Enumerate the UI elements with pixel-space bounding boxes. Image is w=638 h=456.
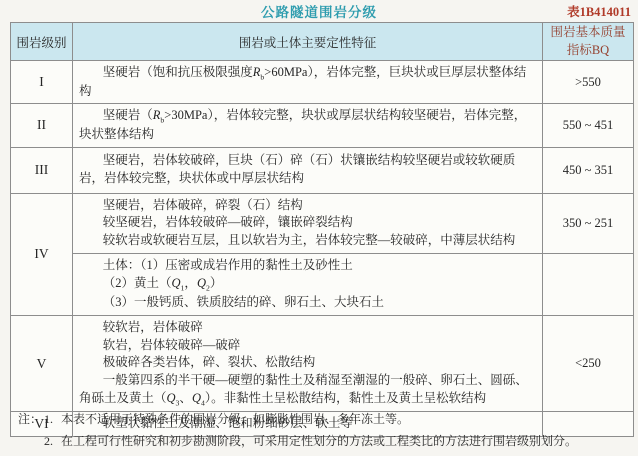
scanned-page: 公路隧道围岩分级 表1B414011 围岩级别 围岩或土体主要定性特征 围岩基本… bbox=[0, 0, 638, 456]
footnotes: 注： 1. 本表不适用于特殊条件的围岩分级，如膨胀性围岩、多年冻土等。 2. 在… bbox=[18, 409, 626, 452]
feature-cell: 较软岩，岩体破碎 软岩，岩体较破碎—破碎 极破碎各类岩体，碎、裂状、松散结构 一… bbox=[73, 315, 543, 412]
table-code-label: 表1B414011 bbox=[567, 2, 631, 20]
grade-cell: III bbox=[11, 147, 73, 193]
feature-paragraph: （2）黄土（Q1，Q2） bbox=[79, 275, 536, 294]
grade-cell: I bbox=[11, 61, 73, 104]
feature-cell: 坚硬岩，岩体较破碎，巨块（石）碎（石）状镶嵌结构较坚硬岩或较软硬质岩，岩体较完整… bbox=[73, 147, 543, 193]
feature-paragraph: 极破碎各类岩体，碎、裂状、松散结构 bbox=[79, 354, 536, 372]
feature-cell: 坚硬岩，岩体破碎，碎裂（石）结构 较坚硬岩，岩体较破碎—破碎，镶嵌碎裂结构 较软… bbox=[73, 193, 543, 253]
bq-cell bbox=[543, 253, 634, 315]
feature-paragraph: 较坚硬岩，岩体较破碎—破碎，镶嵌碎裂结构 bbox=[79, 214, 536, 232]
grade-cell: IV bbox=[11, 193, 73, 315]
table-row-grade-4-soil: 土体：（1）压密或成岩作用的黏性土及砂性土 （2）黄土（Q1，Q2） （3）一般… bbox=[11, 253, 634, 315]
header-grade: 围岩级别 bbox=[11, 23, 73, 61]
header-feature: 围岩或土体主要定性特征 bbox=[73, 23, 543, 61]
table-row-grade-1: I 坚硬岩（饱和抗压极限强度Rb>60MPa），岩体完整，巨块状或巨厚层状整体结… bbox=[11, 61, 634, 104]
table-header-row: 围岩级别 围岩或土体主要定性特征 围岩基本质量 指标BQ bbox=[11, 23, 634, 61]
footnote-number: 1. bbox=[44, 409, 61, 431]
footnote-label: 注： bbox=[18, 409, 44, 431]
footnote-1: 注： 1. 本表不适用于特殊条件的围岩分级，如膨胀性围岩、多年冻土等。 bbox=[18, 409, 626, 431]
bq-cell: >550 bbox=[543, 61, 634, 104]
page-title: 公路隧道围岩分级 bbox=[0, 1, 638, 21]
footnote-label-spacer bbox=[18, 431, 44, 453]
bq-cell: <250 bbox=[543, 315, 634, 412]
feature-paragraph: 坚硬岩（Rb>30MPa），岩体较完整，块状或厚层状结构较坚硬岩，岩体完整，块状… bbox=[79, 107, 536, 143]
bq-cell: 350 ~ 251 bbox=[543, 193, 634, 253]
rock-classification-table: 围岩级别 围岩或土体主要定性特征 围岩基本质量 指标BQ I 坚硬岩（饱和抗压极… bbox=[10, 22, 634, 437]
feature-cell: 坚硬岩（Rb>30MPa），岩体较完整，块状或厚层状结构较坚硬岩，岩体完整，块状… bbox=[73, 104, 543, 147]
feature-paragraph: 软岩，岩体较破碎—破碎 bbox=[79, 337, 536, 355]
feature-paragraph: 坚硬岩，岩体破碎，碎裂（石）结构 bbox=[79, 197, 536, 215]
bq-cell: 550 ~ 451 bbox=[543, 104, 634, 147]
feature-paragraph: 较软岩，岩体破碎 bbox=[79, 319, 536, 337]
bq-cell: 450 ~ 351 bbox=[543, 147, 634, 193]
table-row-grade-3: III 坚硬岩，岩体较破碎，巨块（石）碎（石）状镶嵌结构较坚硬岩或较软硬质岩，岩… bbox=[11, 147, 634, 193]
footnote-text: 本表不适用于特殊条件的围岩分级，如膨胀性围岩、多年冻土等。 bbox=[61, 409, 626, 431]
footnote-text: 在工程可行性研究和初步勘测阶段，可采用定性划分的方法或工程类比的方法进行围岩级别… bbox=[61, 431, 626, 453]
feature-paragraph: 坚硬岩（饱和抗压极限强度Rb>60MPa），岩体完整，巨块状或巨厚层状整体结构 bbox=[79, 64, 536, 100]
grade-cell: V bbox=[11, 315, 73, 412]
feature-paragraph: 一般第四系的半干硬—硬塑的黏性土及稍湿至潮湿的一般碎、卵石土、圆砾、角砾土及黄土… bbox=[79, 372, 536, 408]
table-row-grade-4-rock: IV 坚硬岩，岩体破碎，碎裂（石）结构 较坚硬岩，岩体较破碎—破碎，镶嵌碎裂结构… bbox=[11, 193, 634, 253]
footnote-number: 2. bbox=[44, 431, 61, 453]
footnote-2: 2. 在工程可行性研究和初步勘测阶段，可采用定性划分的方法或工程类比的方法进行围… bbox=[18, 431, 626, 453]
header-bq: 围岩基本质量 指标BQ bbox=[543, 23, 634, 61]
feature-cell: 土体：（1）压密或成岩作用的黏性土及砂性土 （2）黄土（Q1，Q2） （3）一般… bbox=[73, 253, 543, 315]
table-row-grade-5: V 较软岩，岩体破碎 软岩，岩体较破碎—破碎 极破碎各类岩体，碎、裂状、松散结构… bbox=[11, 315, 634, 412]
table-row-grade-2: II 坚硬岩（Rb>30MPa），岩体较完整，块状或厚层状结构较坚硬岩，岩体完整… bbox=[11, 104, 634, 147]
feature-paragraph: 坚硬岩，岩体较破碎，巨块（石）碎（石）状镶嵌结构较坚硬岩或较软硬质岩，岩体较完整… bbox=[79, 152, 536, 188]
grade-cell: II bbox=[11, 104, 73, 147]
feature-paragraph: （3）一般钙质、铁质胶结的碎、卵石土、大块石土 bbox=[79, 294, 536, 312]
feature-cell: 坚硬岩（饱和抗压极限强度Rb>60MPa），岩体完整，巨块状或巨厚层状整体结构 bbox=[73, 61, 543, 104]
feature-paragraph: 土体：（1）压密或成岩作用的黏性土及砂性土 bbox=[79, 257, 536, 275]
feature-paragraph: 较软岩或软硬岩互层，且以软岩为主，岩体较完整—较破碎，中薄层状结构 bbox=[79, 232, 536, 250]
caption-bar: 公路隧道围岩分级 表1B414011 bbox=[0, 1, 638, 20]
